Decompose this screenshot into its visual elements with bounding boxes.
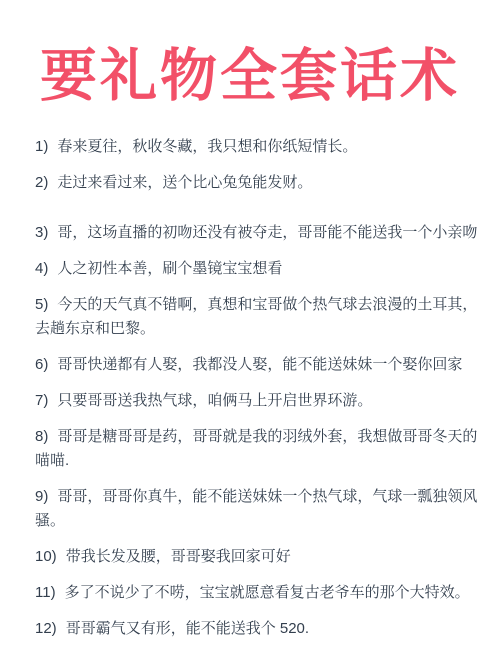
- list-item: 6)哥哥快递都有人娶，我都没人娶，能不能送妹妹一个娶你回家: [35, 353, 480, 377]
- item-text: 今天的天气真不错啊，真想和宝哥做个热气球去浪漫的土耳其，去趟东京和巴黎。: [35, 296, 477, 337]
- item-number: 9): [35, 485, 48, 509]
- item-text: 哥哥，哥哥你真牛，能不能送妹妹一个热气球，气球一瓢独领风骚。: [35, 488, 477, 529]
- list-item: 3)哥，这场直播的初吻还没有被夺走，哥哥能不能送我一个小亲吻: [35, 221, 480, 245]
- item-number: 10): [35, 545, 57, 569]
- item-number: 12): [35, 617, 57, 641]
- item-text: 带我长发及腰，哥哥娶我回家可好: [66, 548, 291, 565]
- item-number: 6): [35, 353, 48, 377]
- note-page: 要礼物全套话术 1)春来夏往，秋收冬藏，我只想和你纸短情长。 2)走过来看过来，…: [0, 0, 500, 654]
- item-text: 人之初性本善，刷个墨镜宝宝想看: [57, 260, 282, 277]
- list-item: 2)走过来看过来，送个比心兔兔能发财。: [35, 171, 480, 195]
- item-text: 哥哥霸气又有形，能不能送我个 520.: [66, 620, 309, 637]
- list-item: 11)多了不说少了不唠，宝宝就愿意看复古老爷车的那个大特效。: [35, 581, 480, 605]
- list-item: 9)哥哥，哥哥你真牛，能不能送妹妹一个热气球，气球一瓢独领风骚。: [35, 485, 480, 533]
- phrase-list: 1)春来夏往，秋收冬藏，我只想和你纸短情长。 2)走过来看过来，送个比心兔兔能发…: [0, 135, 500, 641]
- item-text: 走过来看过来，送个比心兔兔能发财。: [57, 174, 312, 191]
- item-number: 7): [35, 389, 48, 413]
- item-number: 2): [35, 171, 48, 195]
- list-item: 4)人之初性本善，刷个墨镜宝宝想看: [35, 257, 480, 281]
- item-text: 哥，这场直播的初吻还没有被夺走，哥哥能不能送我一个小亲吻: [57, 224, 477, 241]
- list-item: 7)只要哥哥送我热气球，咱俩马上开启世界环游。: [35, 389, 480, 413]
- item-text: 多了不说少了不唠，宝宝就愿意看复古老爷车的那个大特效。: [65, 584, 470, 601]
- item-number: 11): [35, 581, 56, 605]
- list-item: 5)今天的天气真不错啊，真想和宝哥做个热气球去浪漫的土耳其，去趟东京和巴黎。: [35, 293, 480, 341]
- item-number: 4): [35, 257, 48, 281]
- list-item: 1)春来夏往，秋收冬藏，我只想和你纸短情长。: [35, 135, 480, 159]
- list-item: 8)哥哥是糖哥哥是药，哥哥就是我的羽绒外套，我想做哥哥冬天的喵喵.: [35, 425, 480, 473]
- item-text: 哥哥是糖哥哥是药，哥哥就是我的羽绒外套，我想做哥哥冬天的喵喵.: [35, 428, 477, 469]
- item-number: 8): [35, 425, 48, 449]
- item-text: 只要哥哥送我热气球，咱俩马上开启世界环游。: [57, 392, 372, 409]
- page-title: 要礼物全套话术: [0, 40, 500, 111]
- item-text: 春来夏往，秋收冬藏，我只想和你纸短情长。: [57, 138, 357, 155]
- item-text: 哥哥快递都有人娶，我都没人娶，能不能送妹妹一个娶你回家: [57, 356, 462, 373]
- list-item: 12)哥哥霸气又有形，能不能送我个 520.: [35, 617, 480, 641]
- list-item: 10)带我长发及腰，哥哥娶我回家可好: [35, 545, 480, 569]
- item-number: 1): [35, 135, 48, 159]
- item-number: 5): [35, 293, 48, 317]
- item-number: 3): [35, 221, 48, 245]
